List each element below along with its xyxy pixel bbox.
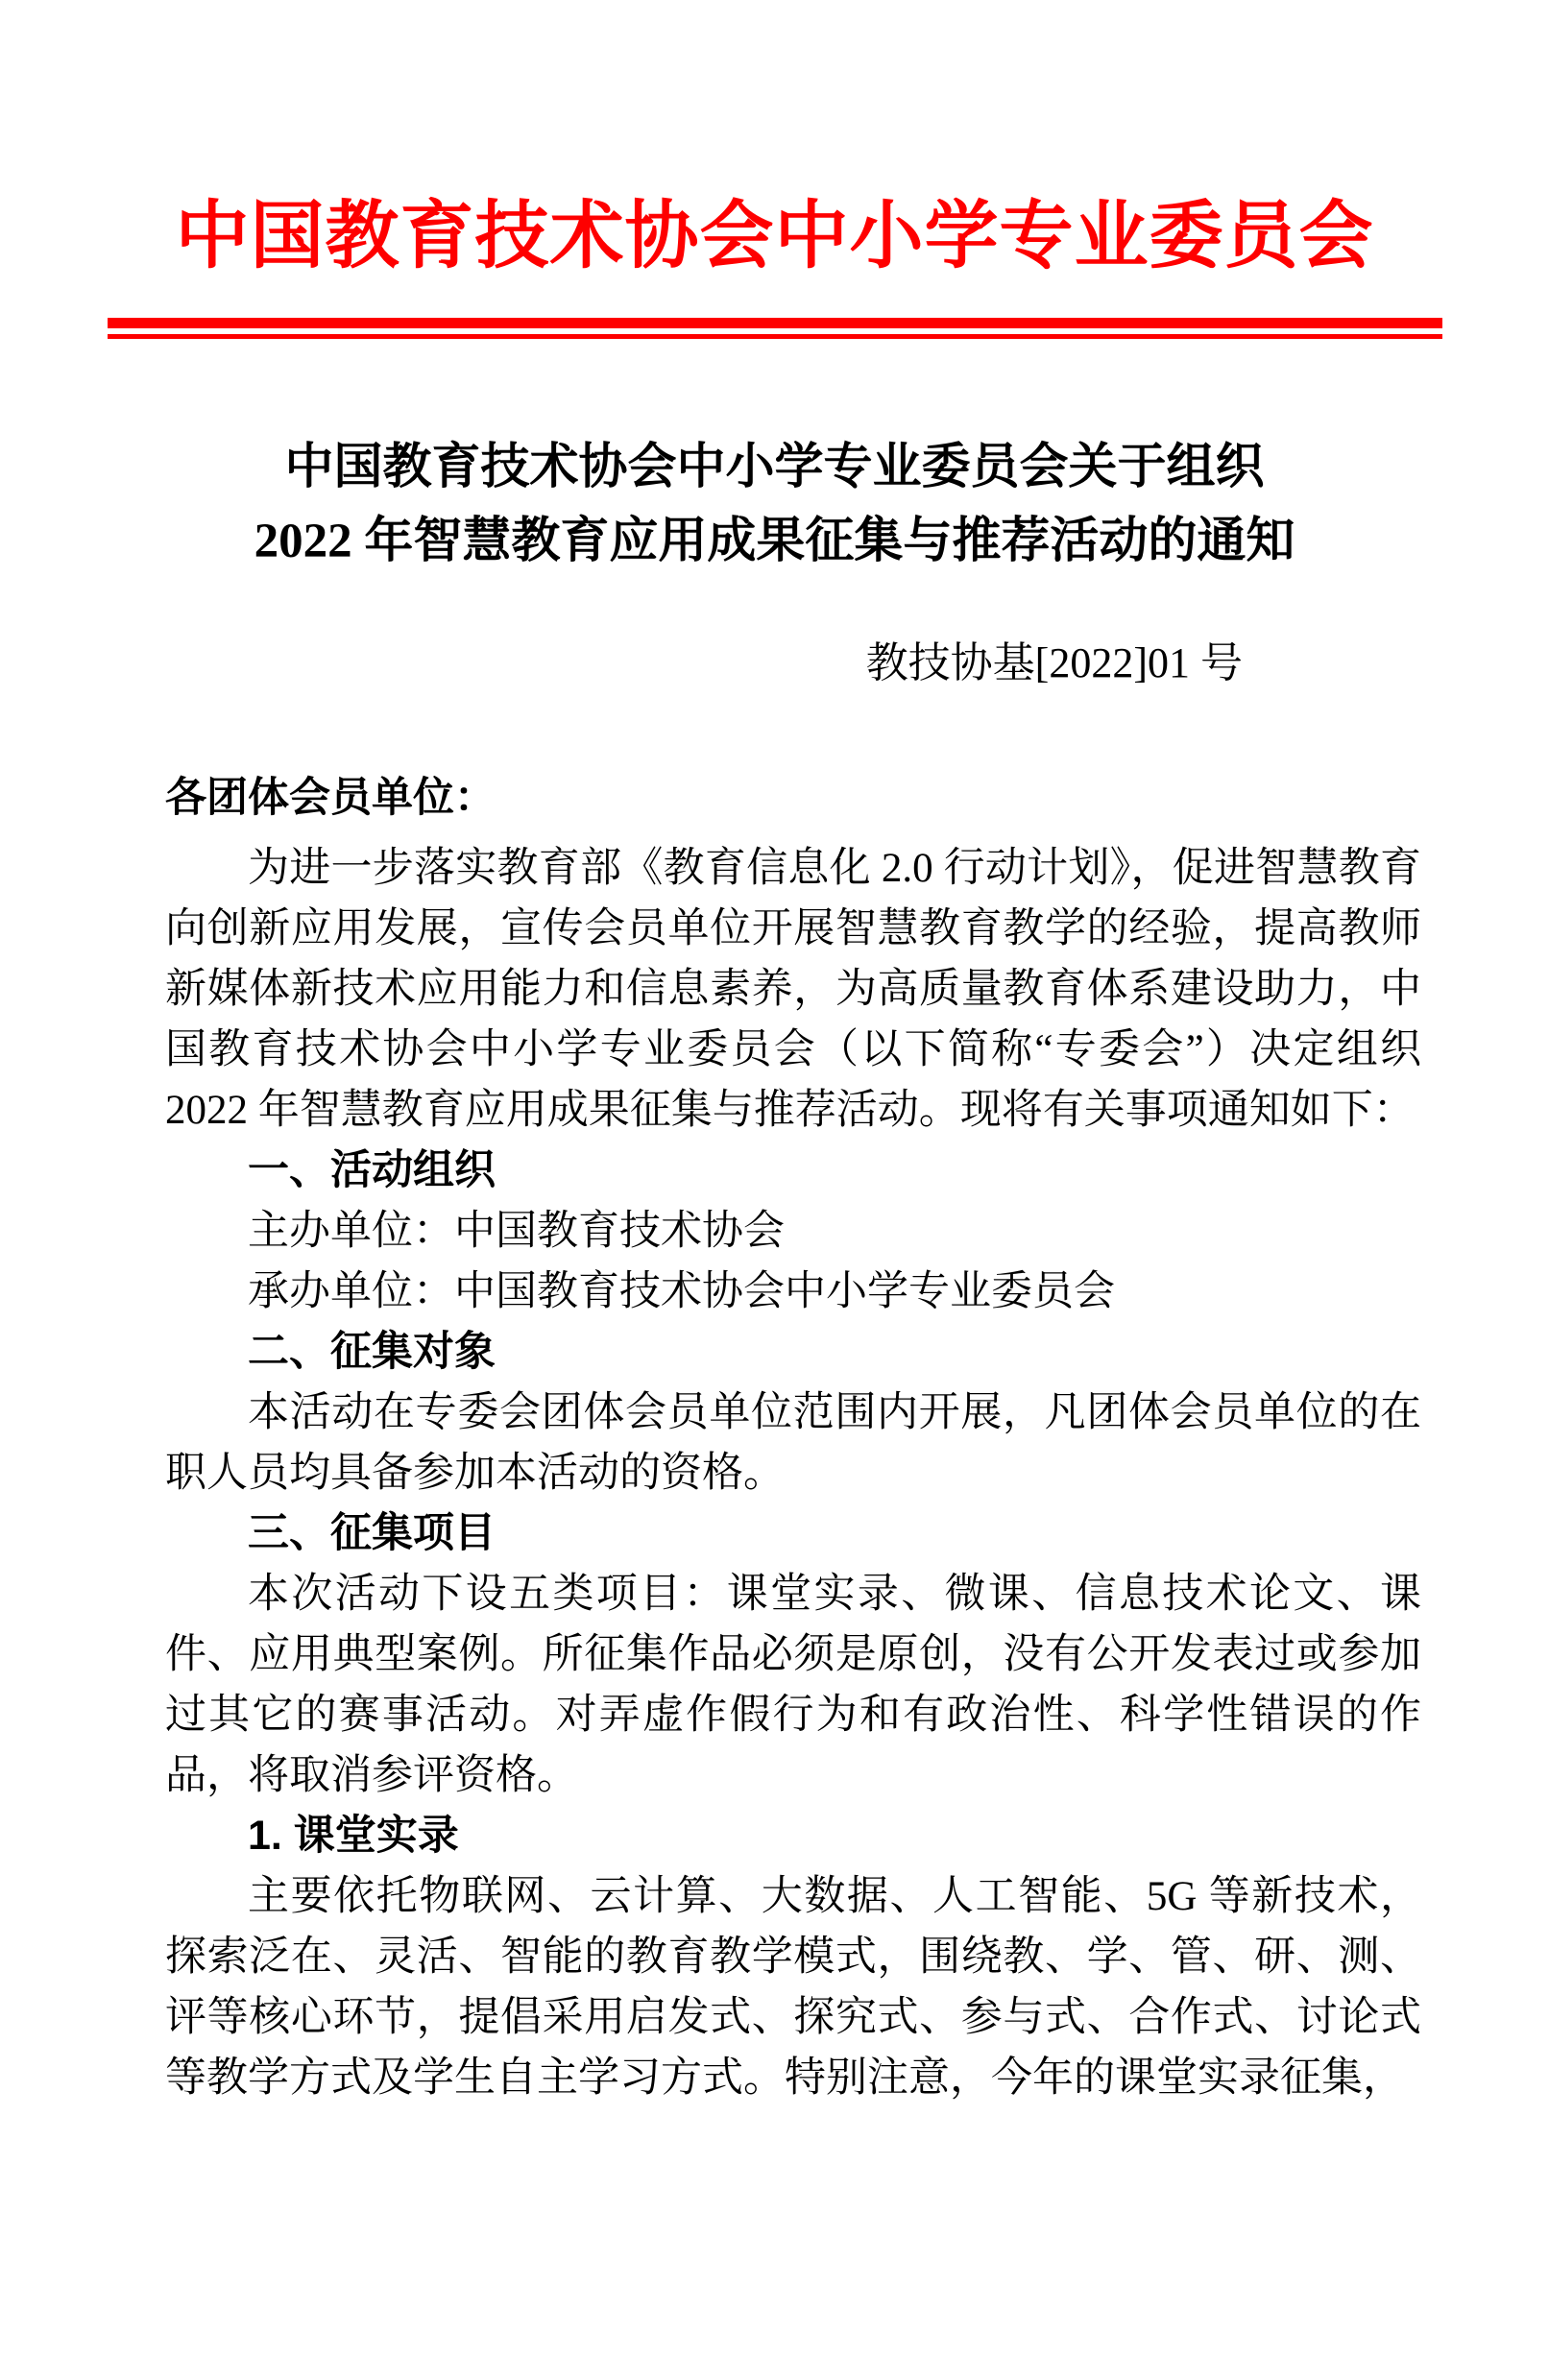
doc-body: 各团体会员单位： 为进一步落实教育部《教育信息化 2.0 行动计划》，促进智慧教… — [165, 768, 1421, 2108]
section-heading-3: 三、征集项目 — [165, 1503, 1421, 1564]
letterhead-org-name: 中国教育技术协会中小学专业委员会 — [0, 196, 1549, 277]
letterhead-rule-thin — [108, 334, 1442, 339]
notice-title-line2: 2022 年智慧教育应用成果征集与推荐活动的通知 — [0, 505, 1549, 579]
letterhead-rule-thick — [108, 318, 1442, 328]
section-heading-2: 二、征集对象 — [165, 1322, 1421, 1382]
paragraph-classroom-record: 主要依托物联网、云计算、大数据、人工智能、5G 等新技术，探索泛在、灵活、智能的… — [165, 1866, 1421, 2108]
letterhead-rules — [108, 318, 1442, 339]
section-heading-1: 一、活动组织 — [165, 1141, 1421, 1201]
notice-title-line1: 中国教育技术协会中小学专业委员会关于组织 — [0, 431, 1549, 505]
organizer-undertaker-line: 承办单位：中国教育技术协会中小学专业委员会 — [165, 1262, 1421, 1322]
organizer-host-line: 主办单位：中国教育技术协会 — [165, 1201, 1421, 1262]
document-page: 中国教育技术协会中小学专业委员会 中国教育技术协会中小学专业委员会关于组织 20… — [0, 0, 1549, 2380]
notice-title: 中国教育技术协会中小学专业委员会关于组织 2022 年智慧教育应用成果征集与推荐… — [0, 431, 1549, 579]
sub-heading-classroom-record: 1. 课堂实录 — [165, 1806, 1421, 1866]
doc-number: 教技协基[2022]01 号 — [0, 633, 1549, 693]
letterhead: 中国教育技术协会中小学专业委员会 — [0, 0, 1549, 339]
paragraph-eligibility: 本活动在专委会团体会员单位范围内开展，凡团体会员单位的在职人员均具备参加本活动的… — [165, 1382, 1421, 1503]
paragraph-intro: 为进一步落实教育部《教育信息化 2.0 行动计划》，促进智慧教育向创新应用发展，… — [165, 838, 1421, 1141]
paragraph-categories: 本次活动下设五类项目：课堂实录、微课、信息技术论文、课件、应用典型案例。所征集作… — [165, 1564, 1421, 1806]
salutation: 各团体会员单位： — [165, 768, 1421, 829]
